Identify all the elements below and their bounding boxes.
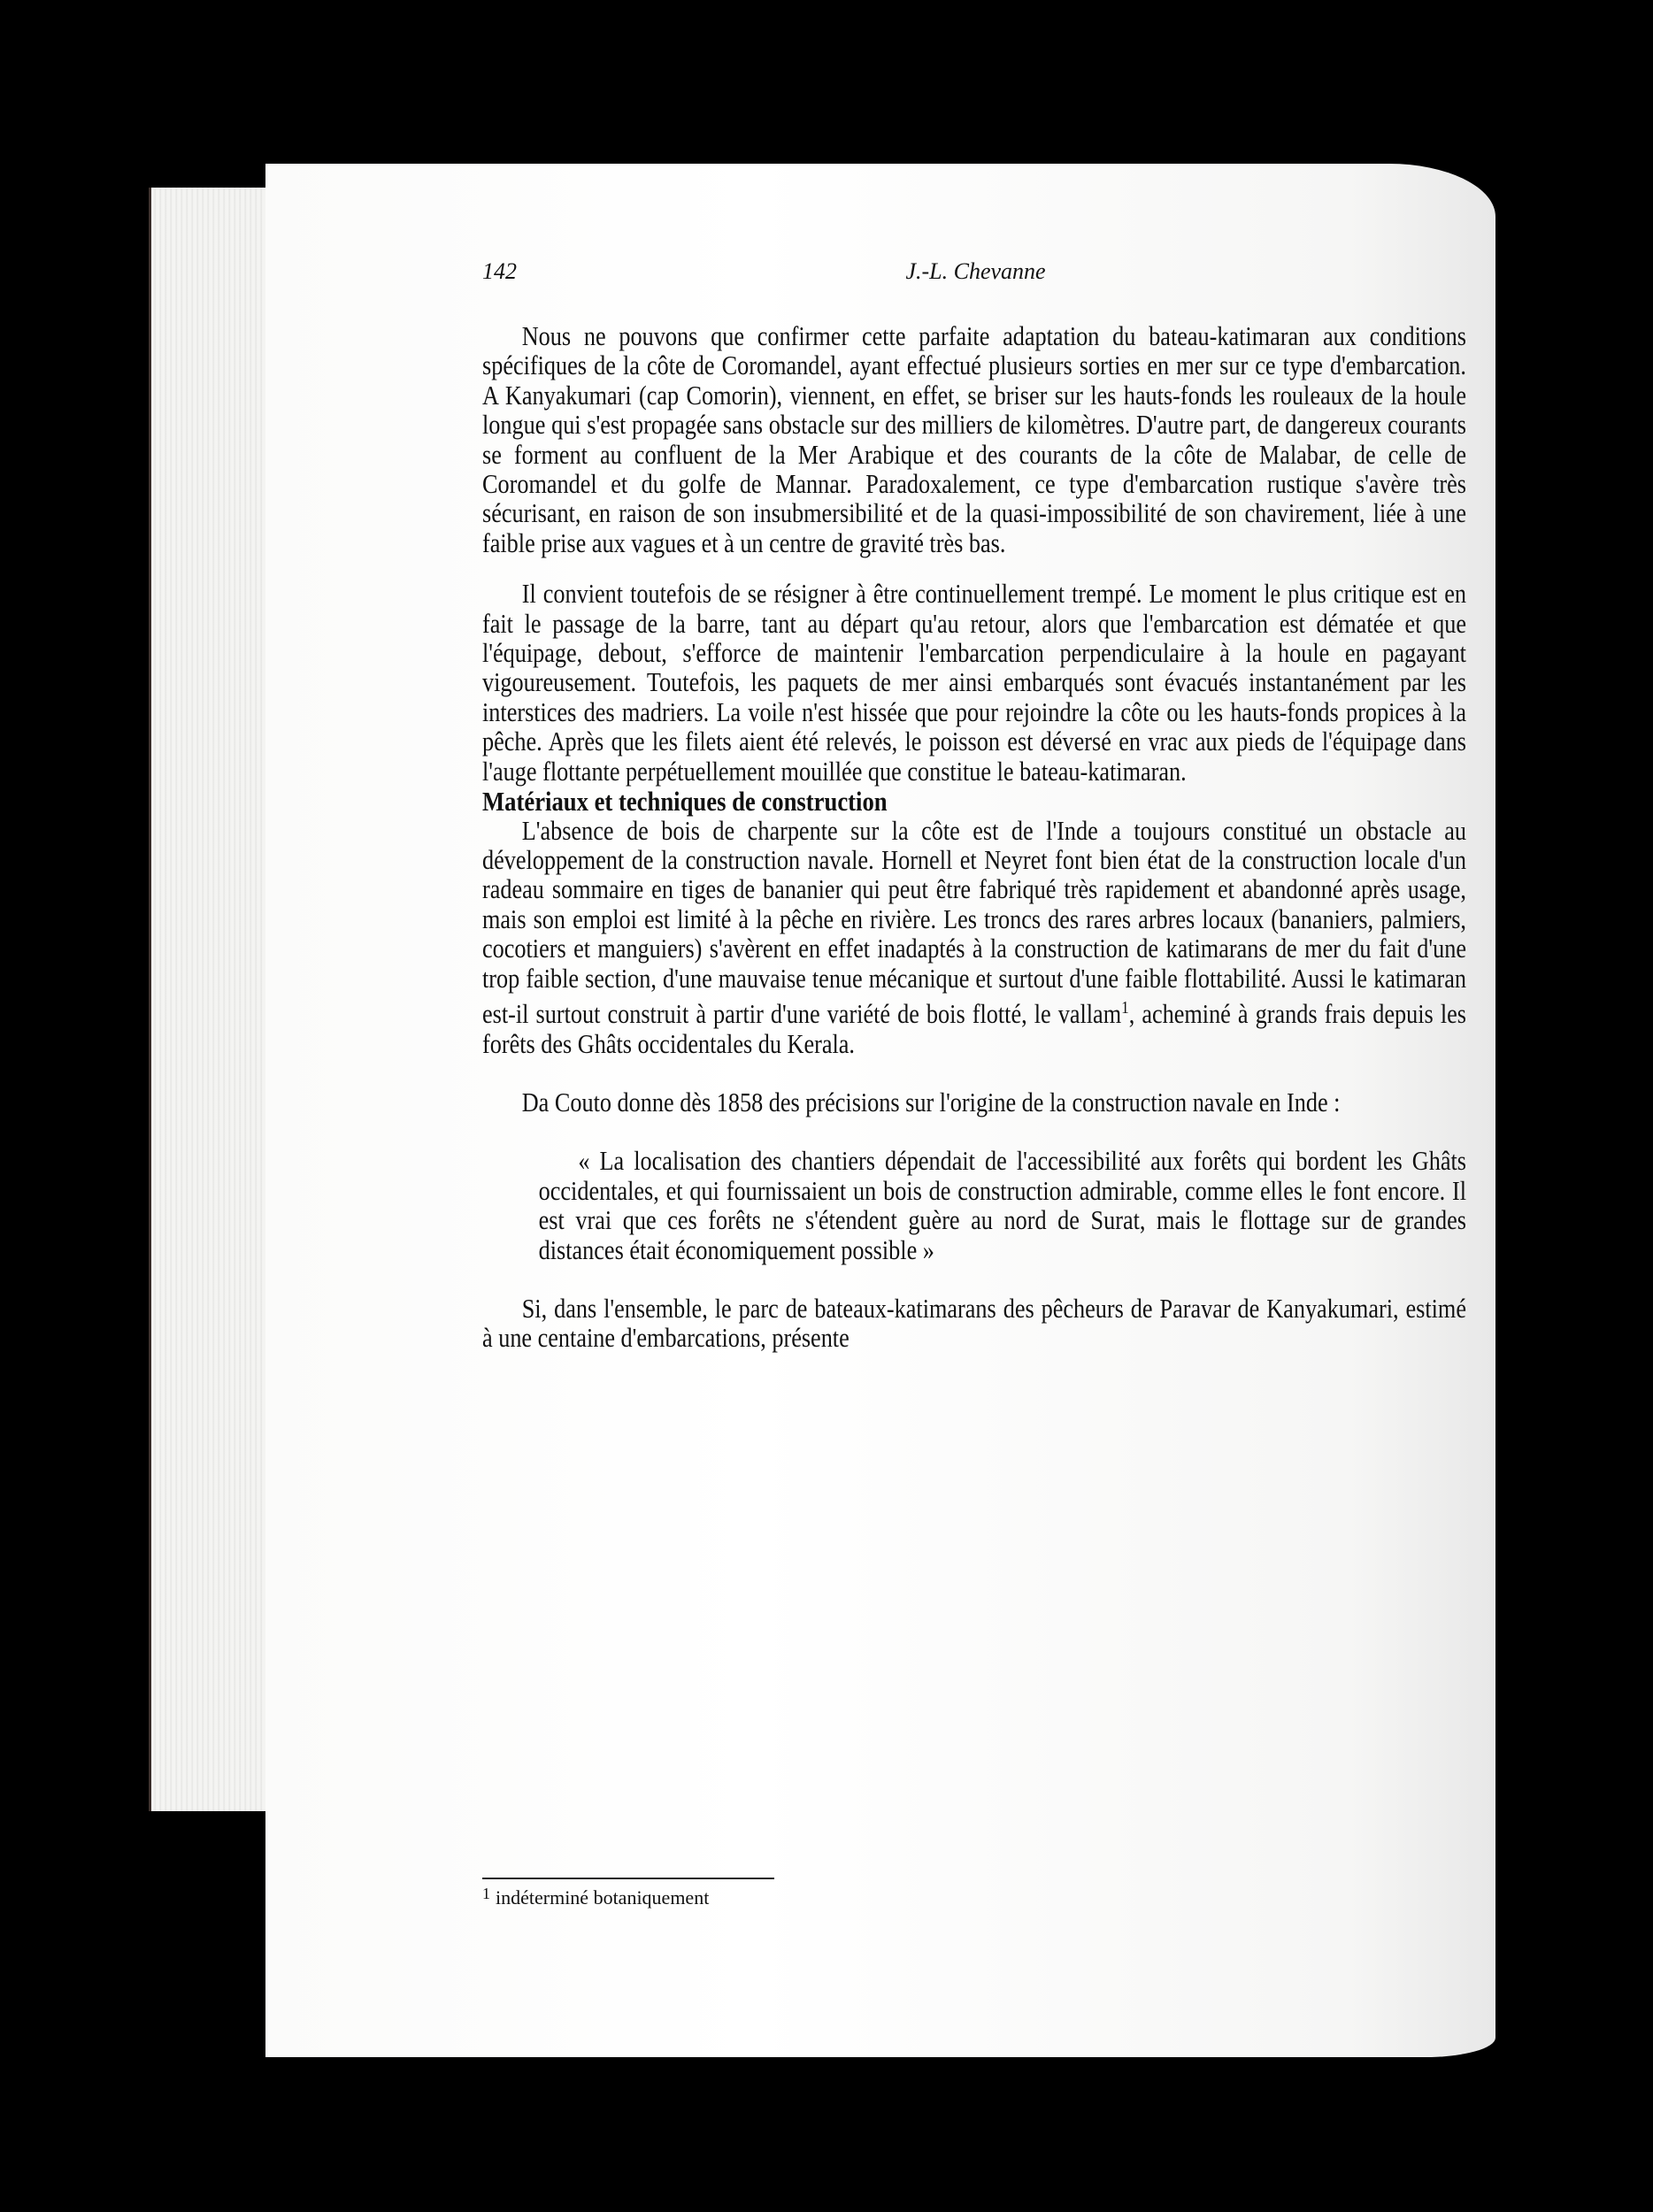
section-heading: Matériaux et techniques de construction [482,787,1466,816]
footnote-marker: 1 [482,1885,490,1902]
paragraph: Da Couto donne dès 1858 des précisions s… [482,1088,1466,1118]
paragraph: Il convient toutefois de se résigner à ê… [482,580,1466,787]
footnote-divider [482,1878,774,1879]
paragraph: L'absence de bois de charpente sur la cô… [482,817,1466,1059]
block-quote: « La localisation des chantiers dépendai… [539,1147,1466,1265]
page-header: 142 J.-L. Chevanne [482,258,1469,294]
footnote-reference[interactable]: 1 [1121,998,1129,1018]
paragraph: Nous ne pouvons que confirmer cette parf… [482,322,1466,558]
running-head-author: J.-L. Chevanne [482,258,1469,285]
footnote: 1indéterminé botaniquement [482,1885,709,1909]
page-stack-edge [149,188,275,1811]
paragraph: Si, dans l'ensemble, le parc de bateaux-… [482,1294,1466,1354]
footnote-text: indéterminé botaniquement [496,1886,709,1909]
main-text: Nous ne pouvons que confirmer cette parf… [482,322,1466,1354]
